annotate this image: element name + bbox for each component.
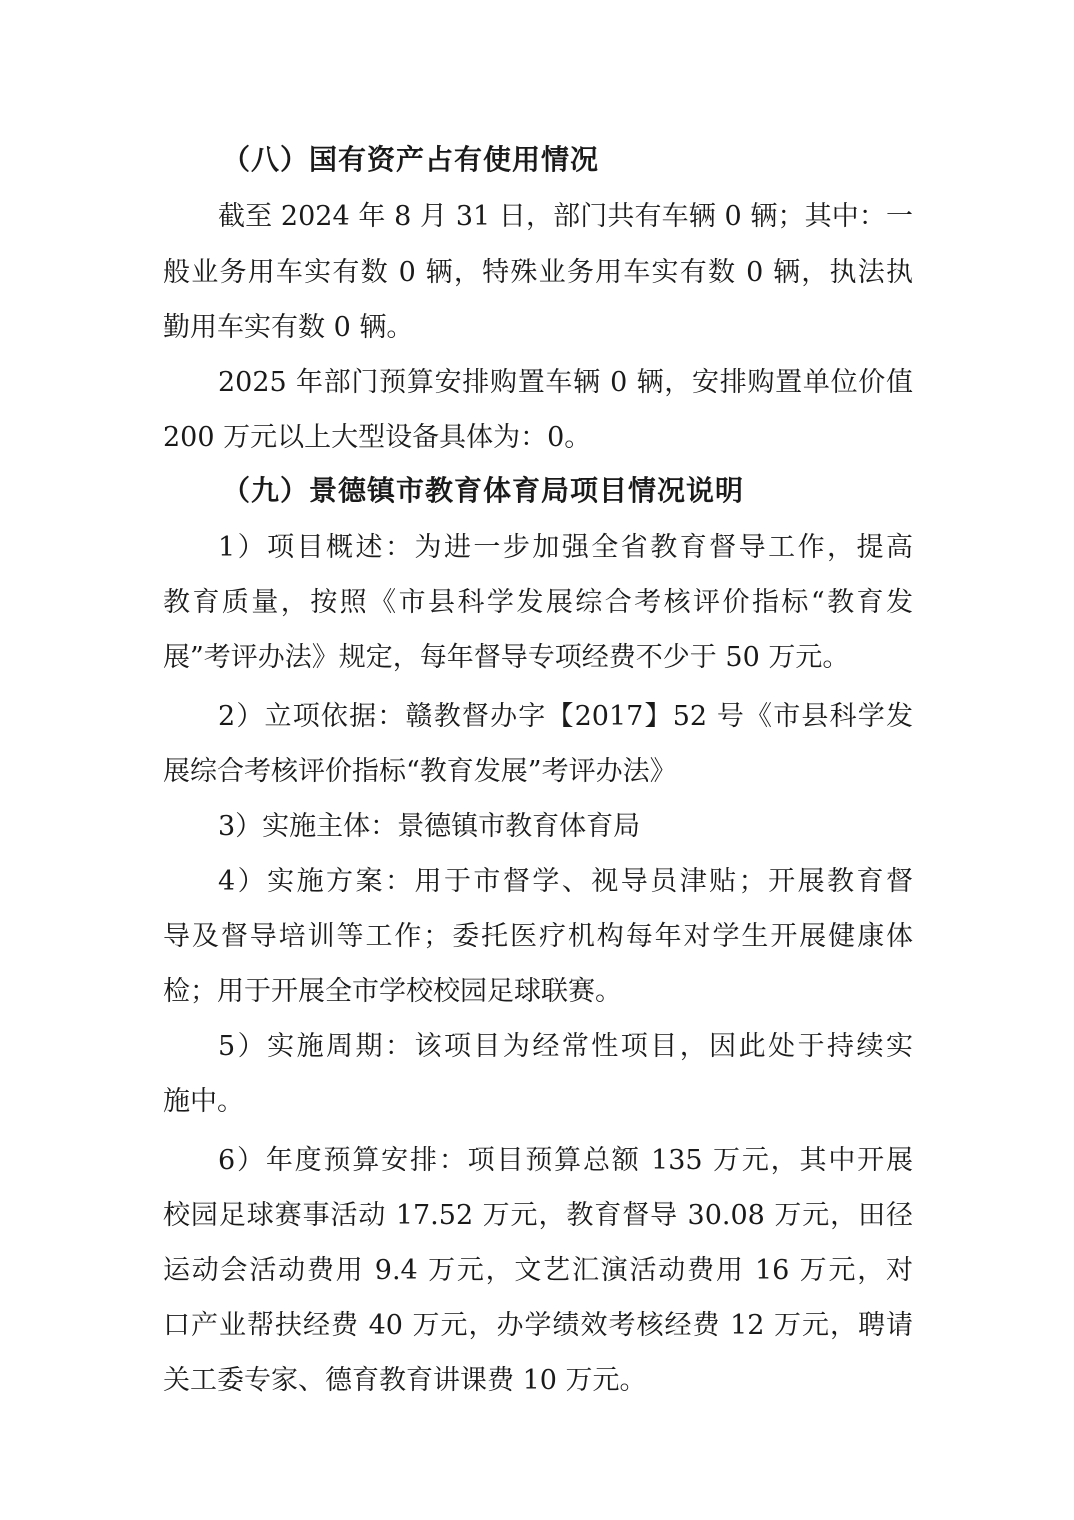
paragraph-line: 展”考评办法》规定，每年督导专项经费不少于 50 万元。 bbox=[163, 641, 913, 675]
paragraph-line: 导及督导培训等工作；委托医疗机构每年对学生开展健康体 bbox=[163, 920, 913, 954]
section-heading-project-description: （九）景德镇市教育体育局项目情况说明 bbox=[222, 474, 744, 508]
paragraph-line: 6）年度预算安排：项目预算总额 135 万元，其中开展 bbox=[218, 1144, 913, 1178]
paragraph-line: 1）项目概述：为进一步加强全省教育督导工作，提高 bbox=[218, 531, 913, 565]
paragraph-line: 2025 年部门预算安排购置车辆 0 辆，安排购置单位价值 bbox=[218, 366, 913, 400]
paragraph-line: 教育质量，按照《市县科学发展综合考核评价指标“教育发 bbox=[163, 586, 913, 620]
paragraph-line: 3）实施主体：景德镇市教育体育局 bbox=[218, 810, 913, 844]
document-page: （八）国有资产占有使用情况 截至 2024 年 8 月 31 日，部门共有车辆 … bbox=[0, 0, 1074, 1520]
paragraph-line: 检；用于开展全市学校校园足球联赛。 bbox=[163, 975, 913, 1009]
paragraph-line: 展综合考核评价指标“教育发展”考评办法》 bbox=[163, 755, 913, 789]
paragraph-line: 施中。 bbox=[163, 1085, 913, 1119]
paragraph-line: 运动会活动费用 9.4 万元，文艺汇演活动费用 16 万元，对 bbox=[163, 1254, 913, 1288]
paragraph-line: 校园足球赛事活动 17.52 万元，教育督导 30.08 万元，田径 bbox=[163, 1199, 913, 1233]
paragraph-line: 般业务用车实有数 0 辆，特殊业务用车实有数 0 辆，执法执 bbox=[163, 256, 913, 290]
paragraph-line: 4）实施方案：用于市督学、视导员津贴；开展教育督 bbox=[218, 865, 913, 899]
paragraph-line: 口产业帮扶经费 40 万元，办学绩效考核经费 12 万元，聘请 bbox=[163, 1309, 913, 1343]
section-heading-state-assets: （八）国有资产占有使用情况 bbox=[222, 143, 599, 177]
paragraph-line: 勤用车实有数 0 辆。 bbox=[163, 311, 913, 345]
paragraph-line: 5）实施周期：该项目为经常性项目，因此处于持续实 bbox=[218, 1030, 913, 1064]
paragraph-line: 200 万元以上大型设备具体为：0。 bbox=[163, 421, 913, 455]
paragraph-line: 截至 2024 年 8 月 31 日，部门共有车辆 0 辆；其中：一 bbox=[218, 200, 913, 234]
paragraph-line: 关工委专家、德育教育讲课费 10 万元。 bbox=[163, 1364, 913, 1398]
paragraph-line: 2）立项依据：赣教督办字【2017】52 号《市县科学发 bbox=[218, 700, 913, 734]
